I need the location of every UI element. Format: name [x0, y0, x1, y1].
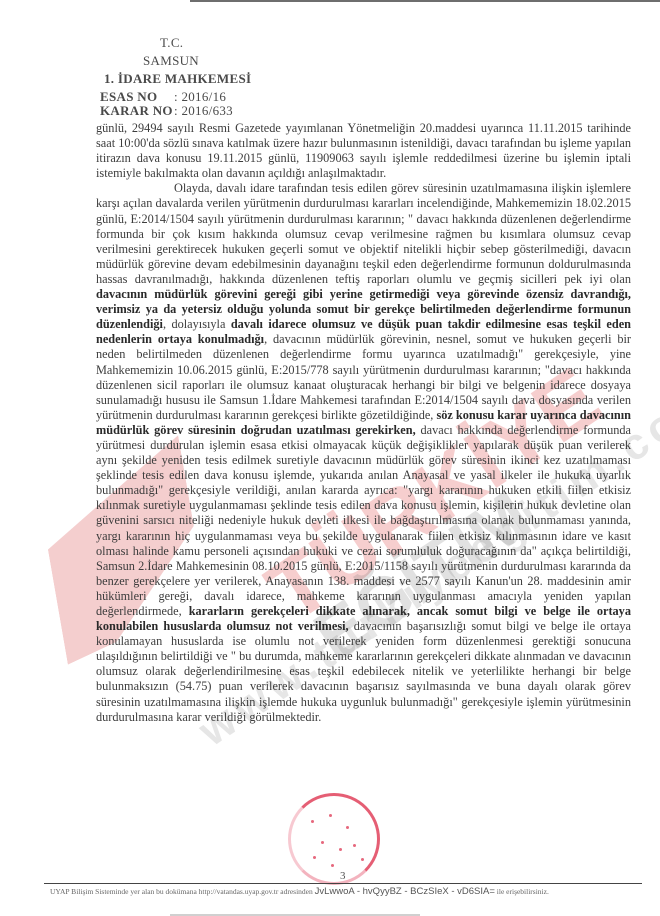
header-court-name: 1. İDARE MAHKEMESİ	[104, 71, 251, 87]
scan-top-edge	[190, 0, 660, 2]
paragraph-2: Olayda, davalı idare tarafından tesis ed…	[96, 181, 631, 724]
header-country: T.C.	[160, 35, 183, 51]
esas-value: : 2016/16	[174, 89, 226, 104]
footer-divider	[44, 883, 642, 884]
verification-code: JvLwwoA - hvQyyBZ - BCzSIeX - vD6SIA=	[315, 886, 495, 897]
page-number: 3	[340, 870, 346, 882]
uyap-footer: UYAP Bilişim Sisteminde yer alan bu dokü…	[50, 886, 650, 897]
footer-text: UYAP Bilişim Sisteminde yer alan bu dokü…	[50, 887, 313, 896]
text-run: Olayda, davalı idare tarafından tesis ed…	[96, 181, 631, 286]
text-run: davacının başarısızlığı somut bilgi ve b…	[96, 619, 631, 724]
karar-value: : 2016/633	[174, 103, 233, 118]
document-body: günlü, 29494 sayılı Resmi Gazetede yayım…	[96, 121, 631, 725]
court-seal-stamp	[288, 793, 380, 885]
karar-number-row: KARAR NO: 2016/633	[100, 103, 233, 119]
header-city: SAMSUN	[143, 53, 199, 69]
footer-suffix: ile erişebilirsiniz.	[497, 887, 549, 896]
text-run: davacı hakkında değerlendirme formunda y…	[96, 423, 631, 618]
karar-label: KARAR NO	[100, 103, 174, 119]
paragraph-1: günlü, 29494 sayılı Resmi Gazetede yayım…	[96, 121, 631, 181]
text-run: , dolayısıyla	[163, 317, 231, 331]
